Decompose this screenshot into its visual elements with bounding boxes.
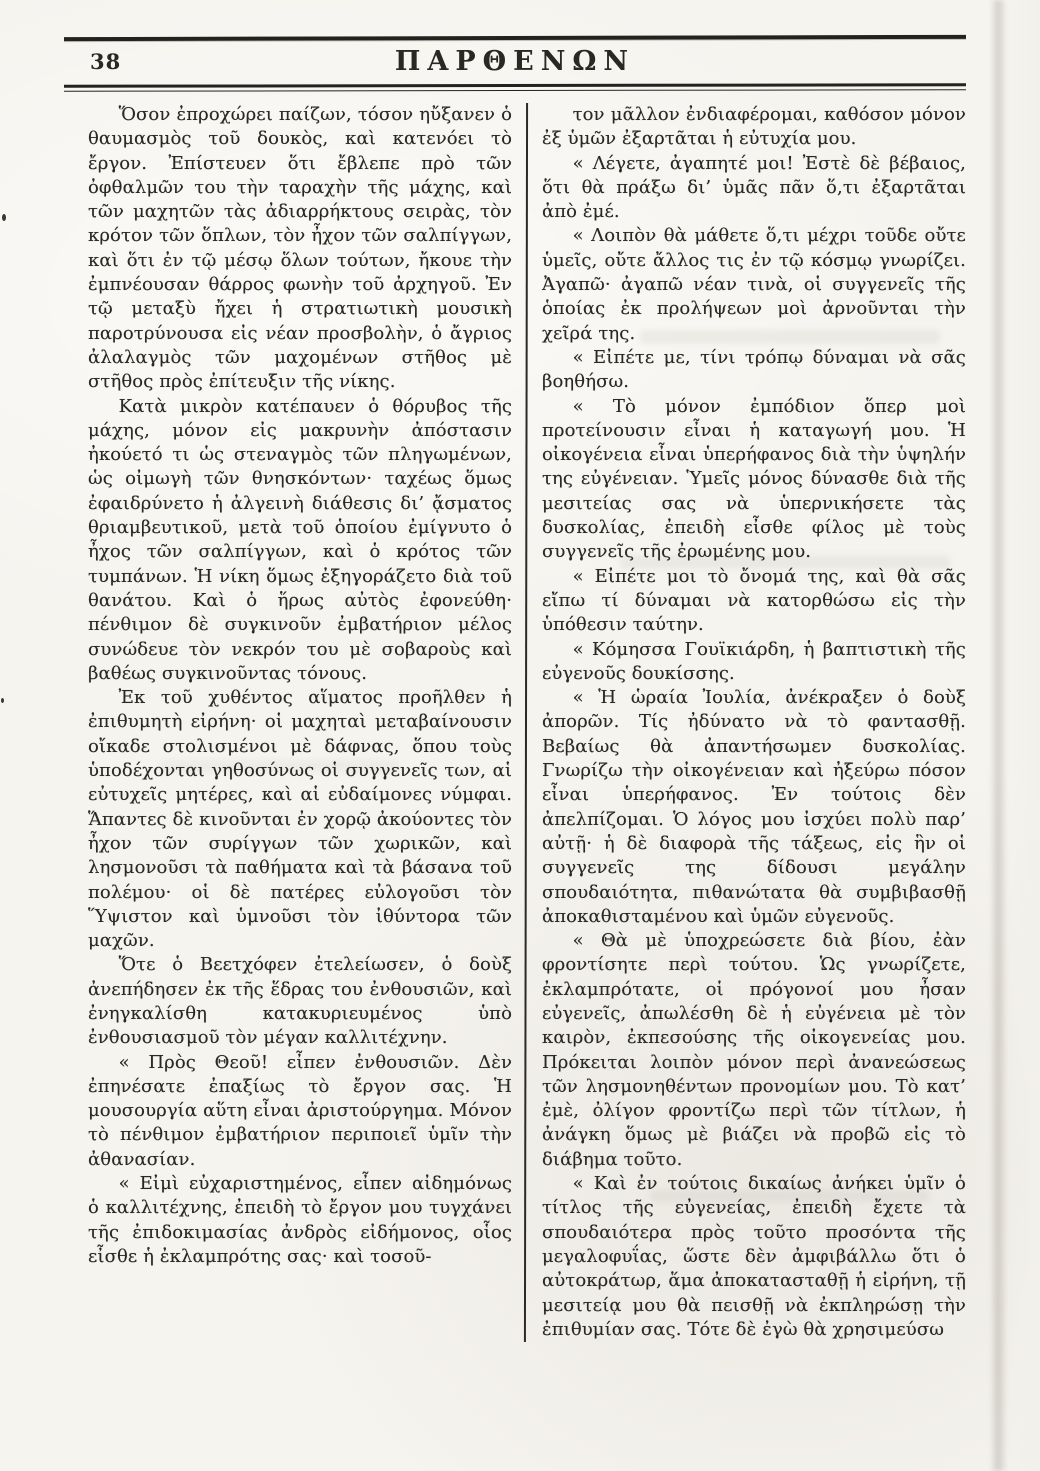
paragraph: « Λοιπὸν θὰ μάθετε ὅ,τι μέχρι τοῦδε οὔτε… xyxy=(542,224,966,345)
column-divider xyxy=(524,103,528,1342)
paragraph: « Λέγετε, ἀγαπητέ μοι! Ἐστὲ δὲ βέβαιος, … xyxy=(542,152,966,225)
paragraph: « Ἡ ὡραία Ἰουλία, ἀνέκραξεν ὁ δοὺξ ἀπορῶ… xyxy=(542,686,966,929)
paragraph: τον μᾶλλον ἐνδιαφέρομαι, καθόσον μόνον ἐ… xyxy=(542,103,966,152)
page-content: 38 ΠΑΡΘΕΝΩΝ Ὅσον ἐπροχώρει παίζων, τόσον… xyxy=(64,36,966,1342)
paragraph: « Εἰμὶ εὐχαριστημένος, εἶπεν αἰδημόνως ὁ… xyxy=(88,1172,512,1269)
paragraph: Ἐκ τοῦ χυθέντος αἵματος προῆλθεν ἡ ἐπιθυ… xyxy=(88,686,512,953)
paragraph: Ὅτε ὁ Βεετχόφεν ἐτελείωσεν, ὁ δοὺξ ἀνεπή… xyxy=(88,953,512,1050)
scan-speck xyxy=(1,698,4,703)
paragraph: « Τὸ μόνον ἐμπόδιον ὅπερ μοὶ προτείνουσι… xyxy=(542,395,966,565)
paragraph: « Εἰπέτε μοι τὸ ὄνομά της, καὶ θὰ σᾶς εἴ… xyxy=(542,565,966,638)
scan-gutter-shadow xyxy=(990,0,1006,1471)
scan-edge-highlight xyxy=(1006,0,1040,1471)
text-columns: Ὅσον ἐπροχώρει παίζων, τόσον ηὔξανεν ὁ θ… xyxy=(64,103,966,1342)
paragraph: Ὅσον ἐπροχώρει παίζων, τόσον ηὔξανεν ὁ θ… xyxy=(88,103,512,395)
paragraph: « Θὰ μὲ ὑποχρεώσετε διὰ βίου, ἐὰν φροντί… xyxy=(542,929,966,1172)
paragraph: « Εἰπέτε με, τίνι τρόπῳ δύναμαι νὰ σᾶς β… xyxy=(542,346,966,395)
page-header: 38 ΠΑΡΘΕΝΩΝ xyxy=(64,40,966,84)
book-page: 38 ΠΑΡΘΕΝΩΝ Ὅσον ἐπροχώρει παίζων, τόσον… xyxy=(0,0,1040,1471)
paragraph: « Καὶ ἐν τούτοις δικαίως ἀνήκει ὑμῖν ὁ τ… xyxy=(542,1172,966,1342)
page-title: ΠΑΡΘΕΝΩΝ xyxy=(64,46,966,77)
text-column-right: τον μᾶλλον ἐνδιαφέρομαι, καθόσον μόνον ἐ… xyxy=(536,103,966,1342)
paragraph: Κατὰ μικρὸν κατέπαυεν ὁ θόρυβος τῆς μάχη… xyxy=(88,395,512,687)
paragraph: « Πρὸς Θεοῦ! εἶπεν ἐνθουσιῶν. Δὲν ἐπηνέσ… xyxy=(88,1051,512,1172)
paragraph: « Κόμησσα Γουϊκιάρδη, ἡ βαπτιστικὴ τῆς ε… xyxy=(542,638,966,687)
header-rule-bottom xyxy=(64,83,966,92)
scan-speck xyxy=(2,214,6,221)
text-column-left: Ὅσον ἐπροχώρει παίζων, τόσον ηὔξανεν ὁ θ… xyxy=(64,103,514,1342)
